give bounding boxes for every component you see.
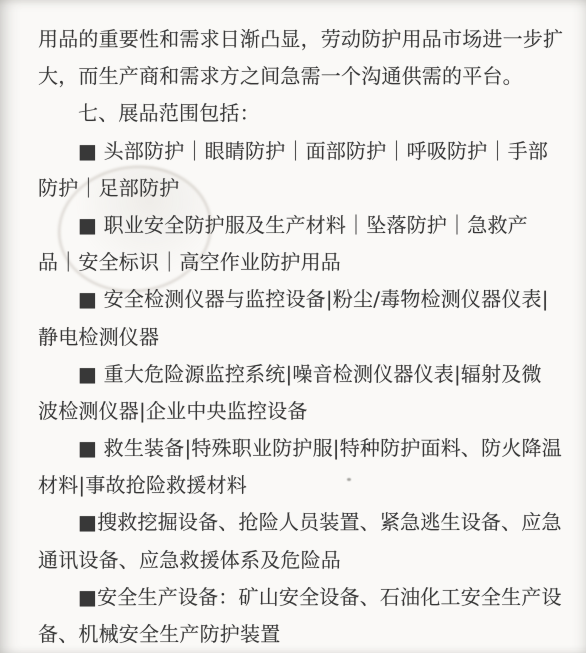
bullet-detection-line-2: 静电检测仪器 (38, 319, 562, 356)
intro-line-1: 用品的重要性和需求日渐凸显，劳动防护用品市场进一步扩 (38, 21, 562, 58)
bullet-emergency-line-2: 通讯设备、应急救援体系及危险品 (38, 542, 562, 579)
bullet-emergency-line-1: ■搜救挖掘设备、抢险人员装置、紧急逃生设备、应急 (38, 504, 562, 541)
intro-line-2: 大，而生产商和需求方之间急需一个沟通供需的平台。 (38, 58, 562, 95)
bullet-production-safety-line-2: 备、机械安全生产防护装置 (38, 616, 562, 653)
bullet-body-protection-line-2: 防护｜足部防护 (38, 170, 562, 207)
bullet-workwear-line-1: ■ 职业安全防护服及生产材料｜坠落防护｜急救产 (38, 207, 562, 244)
bullet-detection-line-1: ■ 安全检测仪器与监控设备|粉尘/毒物检测仪器仪表| (38, 281, 562, 318)
bullet-body-protection-line-1: ■ 头部防护｜眼睛防护｜面部防护｜呼吸防护｜手部 (38, 133, 562, 170)
bullet-workwear-line-2: 品｜安全标识｜高空作业防护用品 (38, 244, 562, 281)
bullet-production-safety-line-1: ■安全生产设备：矿山安全设备、石油化工安全生产设 (38, 579, 562, 616)
bullet-hazard-monitoring-line-2: 波检测仪器|企业中央监控设备 (38, 393, 562, 430)
bullet-rescue-gear-line-1: ■ 救生装备|特殊职业防护服|特种防护面料、防火降温 (38, 430, 562, 467)
document-page: 用品的重要性和需求日渐凸显，劳动防护用品市场进一步扩 大，而生产商和需求方之间急… (0, 0, 586, 653)
bullet-hazard-monitoring-line-1: ■ 重大危险源监控系统|噪音检测仪器仪表|辐射及微 (38, 356, 562, 393)
section-heading-line: 七、展品范围包括： (38, 95, 562, 132)
bullet-rescue-gear-line-2: 材料|事故抢险救援材料 (38, 467, 562, 504)
document-body: 用品的重要性和需求日渐凸显，劳动防护用品市场进一步扩 大，而生产商和需求方之间急… (38, 21, 562, 653)
